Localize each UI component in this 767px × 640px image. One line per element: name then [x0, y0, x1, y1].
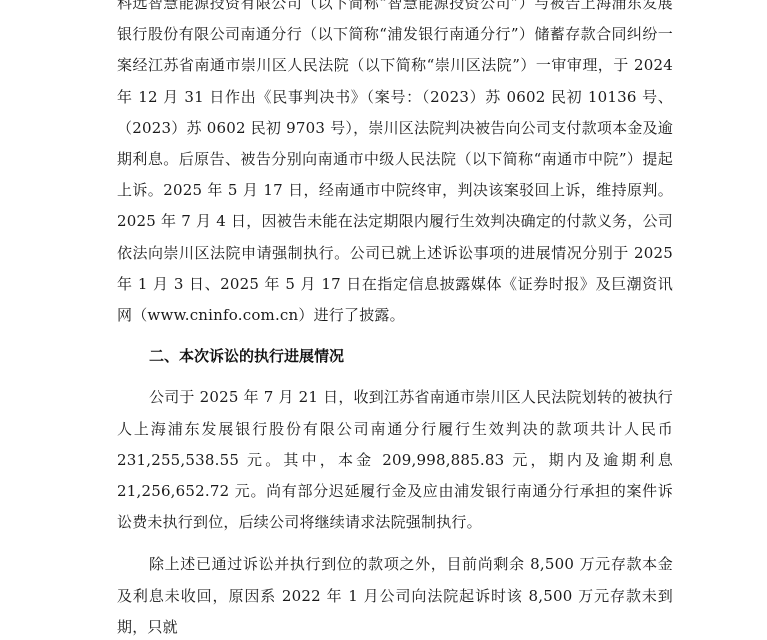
paragraph-execution-received: 公司于 2025 年 7 月 21 日，收到江苏省南通市崇川区人民法院划转的被执… [117, 382, 673, 538]
paragraph-remaining-deposit: 除上述已通过诉讼并执行到位的款项之外，目前尚剩余 8,500 万元存款本金及利息… [117, 549, 673, 640]
document-page: 科远智慧能源投资有限公司（以下简称“智慧能源投资公司”）与被告上海浦东发展银行股… [117, 0, 673, 640]
section-heading-execution-progress: 二、本次诉讼的执行进展情况 [117, 341, 673, 372]
paragraph-litigation-background: 科远智慧能源投资有限公司（以下简称“智慧能源投资公司”）与被告上海浦东发展银行股… [117, 0, 673, 331]
paragraph-gap [117, 538, 673, 549]
